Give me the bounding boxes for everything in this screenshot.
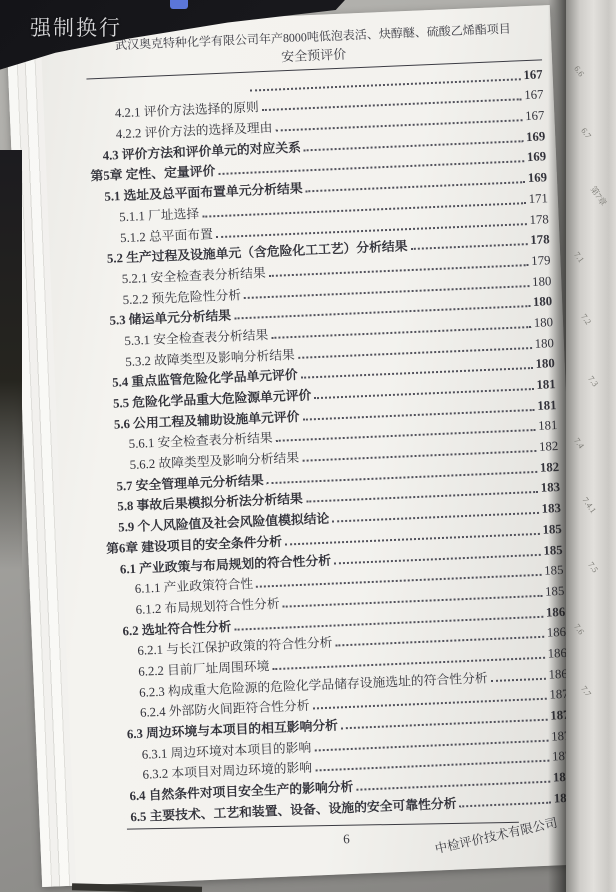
toc-entry-page: 171: [528, 191, 548, 208]
adjacent-page-text-fragment: 7.4.1: [581, 495, 599, 515]
dot-leader: [460, 801, 551, 807]
adjacent-page-text-fragment: 6.7: [579, 126, 593, 140]
photo-background: 武汉奥克特种化学有限公司年产8000吨低泡表活、炔醇醚、硫酸乙烯酯项目 安全预评…: [0, 0, 616, 892]
dark-left-edge: [0, 150, 22, 570]
adjacent-page-text-fragment: 7.6: [572, 622, 586, 636]
document-footer: 6 中检评价技术有限公司: [118, 814, 576, 879]
dot-leader: [491, 677, 546, 681]
toc-entry-page: 178: [529, 212, 549, 229]
page-content: 武汉奥克特种化学有限公司年产8000吨低泡表活、炔醇醚、硫酸乙烯酯项目 安全预评…: [6, 5, 586, 887]
blue-ui-fragment-icon: [170, 0, 188, 9]
adjacent-page-text-fragment: 7.7: [579, 684, 593, 698]
toc-entry-label: 5.1.2 总平面布置: [120, 223, 213, 246]
adjacent-page-edge: 6.66.7第7章7.17.27.37.47.4.17.57.67.7: [566, 0, 616, 892]
toc-entry-page: 167: [525, 108, 545, 125]
overlay-caption: 强制换行: [30, 12, 122, 42]
adjacent-page-text-fragment: 7.2: [579, 312, 593, 326]
adjacent-page-text-fragment: 7.5: [586, 560, 600, 574]
toc-entry-page: 169: [527, 150, 547, 167]
adjacent-page-text-fragment: 7.3: [586, 374, 600, 388]
toc-entry-page: 167: [523, 67, 543, 84]
adjacent-page-text-fragment: 6.6: [572, 64, 586, 78]
toc-entry-page: 178: [530, 232, 550, 249]
adjacent-page-text-fragment: 第7章: [588, 184, 610, 208]
toc-entry-page: 167: [524, 88, 544, 105]
toc-entry-page: 169: [526, 129, 546, 146]
book-shadow: [72, 883, 202, 892]
adjacent-page-text-fragment: 7.1: [572, 250, 586, 264]
toc-list: 167 4.2.1 评价方法选择的原则 167 4.2.2 评价方法的选择及理由…: [87, 62, 574, 825]
toc-entry-page: 169: [527, 170, 547, 187]
adjacent-page-text-fragment: 7.4: [572, 436, 586, 450]
toc-entry-label: 5.1.1 厂址选择: [119, 203, 200, 225]
document-page: 武汉奥克特种化学有限公司年产8000吨低泡表活、炔醇醚、硫酸乙烯酯项目 安全预评…: [6, 5, 586, 887]
